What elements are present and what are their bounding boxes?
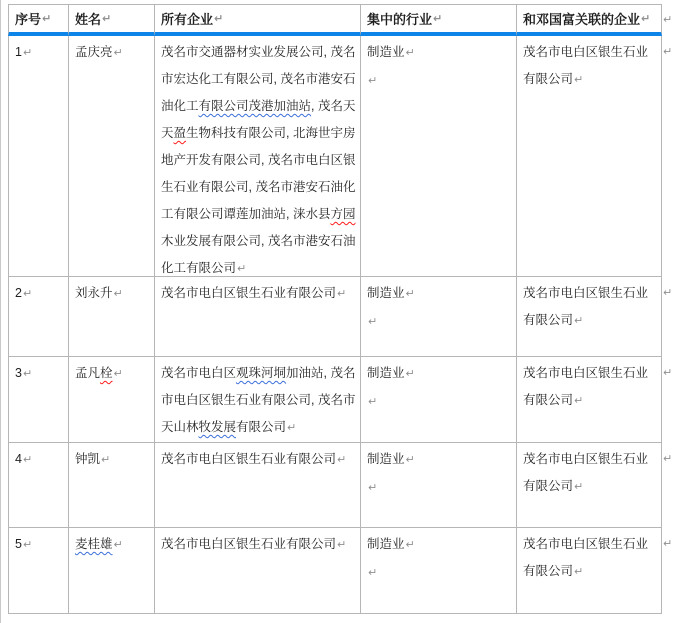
text-run: 茂名市电白区银生石业有限公司 [161,537,336,551]
text-run: 茂名市电白区银生石业有限公司 [523,452,648,493]
return-mark-icon: ↵ [405,288,415,300]
cell-companies[interactable]: 茂名市电白区银生石业有限公司↵ [155,528,361,614]
paragraph: 麦桂雄↵ [75,531,152,559]
return-mark-icon: ↵ [662,538,672,550]
cell-industry[interactable]: 制造业↵↵ [361,443,517,528]
return-mark-icon: ↵ [405,539,415,551]
return-mark-icon: ↵ [286,422,296,434]
text-run: 茂名市电白区银生石业有限公司 [523,537,648,578]
return-mark-icon: ↵ [113,368,123,380]
return-mark-icon: ↵ [367,75,377,87]
return-mark-icon: ↵ [432,12,442,25]
column-header-industry[interactable]: 集中的行业↵ [361,4,517,36]
return-mark-icon: ↵ [367,567,377,579]
return-mark-icon: ↵ [662,14,672,26]
paragraph: 制造业↵ [367,360,514,388]
text-run: 5 [15,537,22,551]
return-mark-icon: ↵ [573,395,583,407]
cell-number[interactable]: 1↵ [8,36,69,277]
text-run: 栓 [100,366,113,380]
return-mark-icon: ↵ [336,539,346,551]
text-run: 牧发展 [199,420,237,434]
row-end-area: ↵ [662,4,673,36]
text-run: 刘永升 [75,286,113,300]
return-mark-icon: ↵ [573,566,583,578]
text-run: 4 [15,452,22,466]
cell-industry[interactable]: 制造业↵↵ [361,528,517,614]
text-run: 钟凯 [75,452,100,466]
paragraph: 茂名市电白区银生石业有限公司↵ [523,39,659,94]
text-run: 木业发展有限公司, 茂名市港安石油化工有限公司 [161,234,355,275]
row-end-area: ↵ [662,36,673,277]
text-run: 茂名市电白区银生石业有限公司 [523,45,648,86]
text-run: 盈 [174,126,187,140]
return-mark-icon: ↵ [113,288,123,300]
return-mark-icon: ↵ [22,368,32,380]
return-mark-icon: ↵ [100,454,110,466]
text-run: 制造业 [367,452,405,466]
return-mark-icon: ↵ [640,12,650,25]
return-mark-icon: ↵ [405,454,415,466]
row-end-area: ↵ [662,528,673,614]
paragraph: 茂名市电白区观珠河垌加油站, 茂名市电白区银生石业有限公司, 茂名市天山林牧发展… [161,360,358,442]
cell-name[interactable]: 刘永升↵ [69,277,155,357]
row-end-area: ↵ [662,277,673,357]
related-companies-table: 序号↵姓名↵所有企业↵集中的行业↵和邓国富关联的企业↵↵1↵孟庆亮↵茂名市交通器… [8,4,673,614]
paragraph: ↵ [367,308,514,336]
return-mark-icon: ↵ [213,12,223,25]
return-mark-icon: ↵ [336,288,346,300]
cell-related[interactable]: 茂名市电白区银生石业有限公司↵ [517,357,662,443]
paragraph: 2↵ [15,280,66,308]
column-header-number[interactable]: 序号↵ [8,4,69,36]
cell-companies[interactable]: 茂名市电白区银生石业有限公司↵ [155,277,361,357]
text-run: 1 [15,45,22,59]
return-mark-icon: ↵ [405,368,415,380]
text-run: 有限公司茂港加油站 [199,99,312,113]
paragraph: 茂名市电白区银生石业有限公司↵ [161,446,358,474]
return-mark-icon: ↵ [113,539,123,551]
text-run: 麦桂雄 [75,537,113,551]
return-mark-icon: ↵ [367,316,377,328]
text-run: 3 [15,366,22,380]
return-mark-icon: ↵ [662,367,672,379]
paragraph: 茂名市电白区银生石业有限公司↵ [523,280,659,335]
return-mark-icon: ↵ [573,315,583,327]
paragraph: 制造业↵ [367,280,514,308]
column-header-label: 和邓国富关联的企业 [523,9,640,28]
paragraph: 茂名市电白区银生石业有限公司↵ [161,531,358,559]
cell-number[interactable]: 4↵ [8,443,69,528]
return-mark-icon: ↵ [22,47,32,59]
cell-related[interactable]: 茂名市电白区银生石业有限公司↵ [517,277,662,357]
column-header-label: 序号 [15,9,41,28]
paragraph: 制造业↵ [367,531,514,559]
text-run: 制造业 [367,45,405,59]
paragraph: 3↵ [15,360,66,388]
paragraph: 茂名市电白区银生石业有限公司↵ [523,446,659,501]
paragraph: 孟凡栓↵ [75,360,152,388]
text-run: 茂名市电白区银生石业有限公司 [161,286,336,300]
return-mark-icon: ↵ [662,46,672,58]
text-run: 制造业 [367,286,405,300]
return-mark-icon: ↵ [662,453,672,465]
paragraph: 孟庆亮↵ [75,39,152,67]
column-header-label: 集中的行业 [367,9,432,28]
text-run: 方园 [330,207,355,221]
paragraph: 茂名市电白区银生石业有限公司↵ [523,531,659,586]
text-run: 孟凡 [75,366,100,380]
row-end-area: ↵ [662,443,673,528]
text-run: 观珠河垌 [236,366,286,380]
return-mark-icon: ↵ [573,481,583,493]
text-run: 2 [15,286,22,300]
cell-industry[interactable]: 制造业↵↵ [361,357,517,443]
paragraph: 刘永升↵ [75,280,152,308]
return-mark-icon: ↵ [22,454,32,466]
return-mark-icon: ↵ [405,47,415,59]
return-mark-icon: ↵ [573,74,583,86]
paragraph: 1↵ [15,39,66,67]
return-mark-icon: ↵ [22,288,32,300]
text-run: 茂名市电白区银生石业有限公司 [523,286,648,327]
cell-name[interactable]: 钟凯↵ [69,443,155,528]
cell-companies[interactable]: 茂名市交通器材实业发展公司, 茂名市宏达化工有限公司, 茂名市港安石油化工有限公… [155,36,361,277]
cell-number[interactable]: 3↵ [8,357,69,443]
cell-industry[interactable]: 制造业↵↵ [361,36,517,277]
return-mark-icon: ↵ [101,12,111,25]
paragraph: 茂名市电白区银生石业有限公司↵ [523,360,659,415]
return-mark-icon: ↵ [22,539,32,551]
row-end-area: ↵ [662,357,673,443]
paragraph: 茂名市交通器材实业发展公司, 茂名市宏达化工有限公司, 茂名市港安石油化工有限公… [161,39,358,277]
cell-number[interactable]: 2↵ [8,277,69,357]
text-run: 茂名市电白区银生石业有限公司 [161,452,336,466]
page-edge-line [0,0,1,623]
cell-industry[interactable]: 制造业↵↵ [361,277,517,357]
return-mark-icon: ↵ [367,396,377,408]
paragraph: 制造业↵ [367,446,514,474]
text-run: 生物科技有限公司, 北海世宇房地产开发有限公司, 茂名市电白区银生石业有限公司,… [161,126,355,221]
paragraph: 茂名市电白区银生石业有限公司↵ [161,280,358,308]
column-header-label: 姓名 [75,9,101,28]
cell-name[interactable]: 孟凡栓↵ [69,357,155,443]
paragraph: 制造业↵ [367,39,514,67]
column-header-related[interactable]: 和邓国富关联的企业↵ [517,4,662,36]
return-mark-icon: ↵ [236,263,246,275]
paragraph: ↵ [367,388,514,416]
text-run: 茂名市电白区银生石业有限公司 [523,366,648,407]
return-mark-icon: ↵ [367,482,377,494]
paragraph: ↵ [367,559,514,587]
return-mark-icon: ↵ [336,454,346,466]
paragraph: 4↵ [15,446,66,474]
return-mark-icon: ↵ [662,287,672,299]
cell-name[interactable]: 麦桂雄↵ [69,528,155,614]
cell-companies[interactable]: 茂名市电白区银生石业有限公司↵ [155,443,361,528]
column-header-companies[interactable]: 所有企业↵ [155,4,361,36]
cell-related[interactable]: 茂名市电白区银生石业有限公司↵ [517,36,662,277]
paragraph: ↵ [367,474,514,502]
cell-companies[interactable]: 茂名市电白区观珠河垌加油站, 茂名市电白区银生石业有限公司, 茂名市天山林牧发展… [155,357,361,443]
text-run: 孟庆亮 [75,45,113,59]
paragraph: 钟凯↵ [75,446,152,474]
cell-related[interactable]: 茂名市电白区银生石业有限公司↵ [517,443,662,528]
column-header-name[interactable]: 姓名↵ [69,4,155,36]
cell-number[interactable]: 5↵ [8,528,69,614]
text-run: 有限公司 [236,420,286,434]
column-header-label: 所有企业 [161,9,213,28]
cell-related[interactable]: 茂名市电白区银生石业有限公司↵ [517,528,662,614]
cell-name[interactable]: 孟庆亮↵ [69,36,155,277]
text-run: 制造业 [367,537,405,551]
text-run: 茂名市电白区 [161,366,236,380]
return-mark-icon: ↵ [113,47,123,59]
paragraph: 5↵ [15,531,66,559]
text-run: 制造业 [367,366,405,380]
paragraph: ↵ [367,67,514,95]
return-mark-icon: ↵ [41,12,51,25]
